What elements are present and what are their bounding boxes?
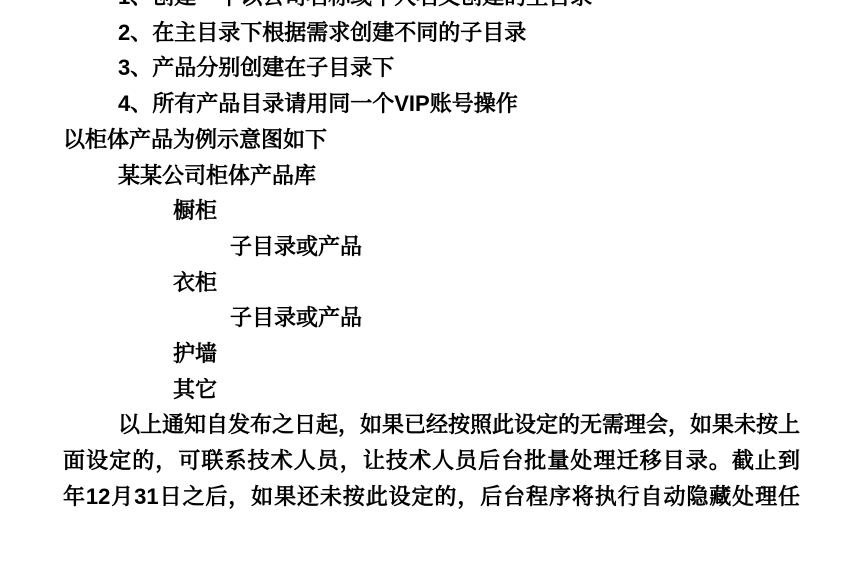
example-intro: 以柜体产品为例示意图如下 xyxy=(63,122,800,158)
closing-paragraph-line-1: 以上通知自发布之日起，如果已经按照此设定的无需理会，如果未按上 xyxy=(63,407,800,443)
tree-node-kitchen-cabinet: 橱柜 xyxy=(63,193,800,229)
tree-leaf-subdir-2: 子目录或产品 xyxy=(63,300,800,336)
numbered-item-4: 4、所有产品目录请用同一个VIP账号操作 xyxy=(63,86,800,122)
closing-paragraph-line-2: 面设定的，可联系技术人员，让技术人员后台批量处理迁移目录。截止到2025 xyxy=(63,443,800,479)
tree-node-wardrobe: 衣柜 xyxy=(63,265,800,301)
numbered-item-2: 2、在主目录下根据需求创建不同的子目录 xyxy=(63,15,800,51)
numbered-item-3: 3、产品分别创建在子目录下 xyxy=(63,50,800,86)
tree-root: 某某公司柜体产品库 xyxy=(63,158,800,194)
numbered-item-1-clipped: 1、创建一个以公司名称或个人名义创建的主目录 xyxy=(63,0,800,15)
closing-paragraph-line-3: 年12月31日之后，如果还未按此设定的，后台程序将执行自动隐藏处理任务。 xyxy=(63,479,800,515)
tree-node-other: 其它 xyxy=(63,372,800,408)
tree-leaf-subdir-1: 子目录或产品 xyxy=(63,229,800,265)
tree-node-wall-panel: 护墙 xyxy=(63,336,800,372)
notice-document: 1、创建一个以公司名称或个人名义创建的主目录 2、在主目录下根据需求创建不同的子… xyxy=(63,0,800,515)
